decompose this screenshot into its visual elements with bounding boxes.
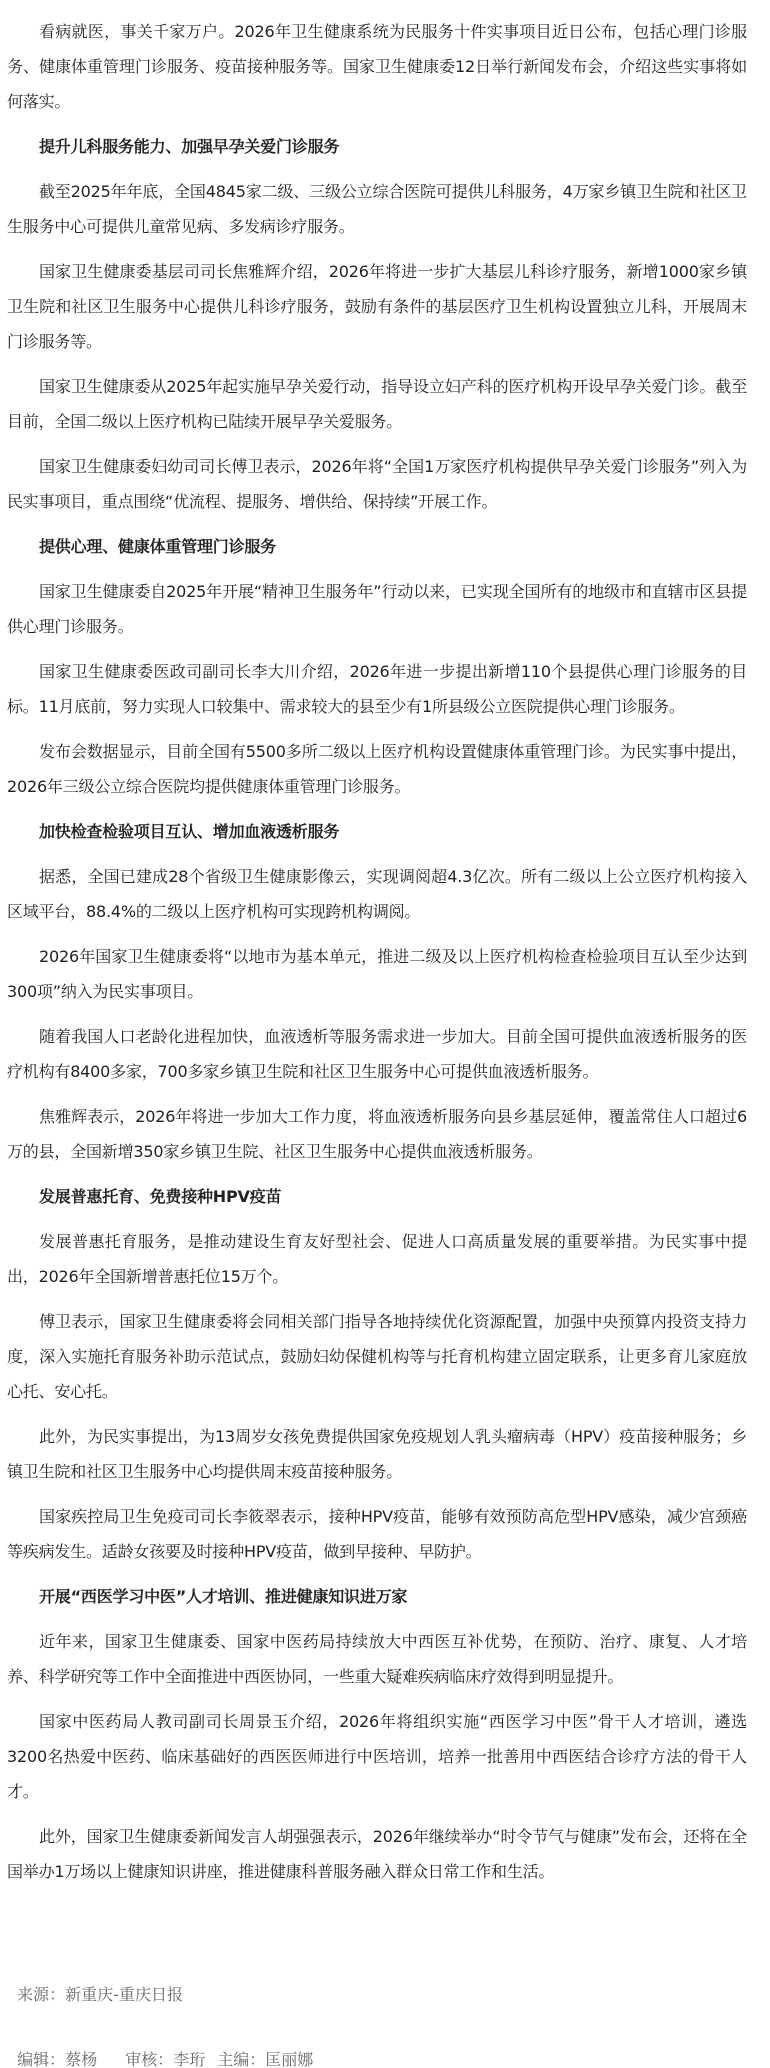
editor-name: 蔡杨	[65, 2049, 97, 2068]
article-paragraph: 国家疾控局卫生免疫司司长李筱翠表示，接种HPV疫苗，能够有效预防高危型HPV感染…	[7, 1499, 747, 1569]
article-paragraph: 随着我国人口老龄化进程加快，血液透析等服务需求进一步加大。目前全国可提供血液透析…	[7, 1019, 747, 1089]
article-paragraph: 国家卫生健康委自2025年开展“精神卫生服务年”行动以来，已实现全国所有的地级市…	[7, 574, 747, 644]
source-label: 来源：	[17, 1985, 65, 2004]
article-paragraph: 国家中医药局人教司副司长周景玉介绍，2026年将组织实施“西医学习中医”骨干人才…	[7, 1704, 747, 1809]
reviewer-label: 审核：	[125, 2049, 173, 2068]
article-paragraph: 近年来，国家卫生健康委、国家中医药局持续放大中西医互补优势，在预防、治疗、康复、…	[7, 1624, 747, 1694]
reviewer-name: 李珩	[173, 2049, 205, 2068]
article-paragraph: 看病就医，事关千家万户。2026年卫生健康系统为民服务十件实事项目近日公布，包括…	[7, 14, 747, 119]
chief-editor-name: 匡丽娜	[265, 2049, 313, 2068]
section-heading: 提升儿科服务能力、加强早孕关爱门诊服务	[7, 129, 747, 164]
section-heading: 提供心理、健康体重管理门诊服务	[7, 529, 747, 564]
article-paragraph: 傅卫表示，国家卫生健康委将会同相关部门指导各地持续优化资源配置，加强中央预算内投…	[7, 1304, 747, 1409]
section-heading: 开展“西医学习中医”人才培训、推进健康知识进万家	[7, 1579, 747, 1614]
article-paragraph: 国家卫生健康委医政司副司长李大川介绍，2026年进一步提出新增110个县提供心理…	[7, 654, 747, 724]
article-paragraph: 国家卫生健康委妇幼司司长傅卫表示，2026年将“全国1万家医疗机构提供早孕关爱门…	[7, 449, 747, 519]
article-paragraph: 发布会数据显示，目前全国有5500多所二级以上医疗机构设置健康体重管理门诊。为民…	[7, 734, 747, 804]
editor-label: 编辑：	[17, 2049, 65, 2068]
article-paragraph: 焦雅辉表示，2026年将进一步加大工作力度，将血液透析服务向县乡基层延伸，覆盖常…	[7, 1099, 747, 1169]
article-paragraph: 发展普惠托育服务，是推动建设生育友好型社会、促进人口高质量发展的重要举措。为民实…	[7, 1224, 747, 1294]
article-credits: 编辑：蔡杨审核：李珩主编：匡丽娜	[7, 2027, 313, 2068]
article-body: 看病就医，事关千家万户。2026年卫生健康系统为民服务十件实事项目近日公布，包括…	[0, 0, 770, 1889]
article-paragraph: 国家卫生健康委从2025年起实施早孕关爱行动，指导设立妇产科的医疗机构开设早孕关…	[7, 369, 747, 439]
article-paragraph: 此外，为民实事提出，为13周岁女孩免费提供国家免疫规划人乳头瘤病毒（HPV）疫苗…	[7, 1419, 747, 1489]
chief-editor-label: 主编：	[217, 2049, 265, 2068]
section-heading: 发展普惠托育、免费接种HPV疫苗	[7, 1179, 747, 1214]
article-source: 来源：新重庆-重庆日报	[7, 1962, 183, 2006]
article-paragraph: 此外，国家卫生健康委新闻发言人胡强强表示，2026年继续举办“时令节气与健康”发…	[7, 1819, 747, 1889]
article-paragraph: 2026年国家卫生健康委将“以地市为基本单元，推进二级及以上医疗机构检查检验项目…	[7, 939, 747, 1009]
article-paragraph: 据悉，全国已建成28个省级卫生健康影像云，实现调阅超4.3亿次。所有二级以上公立…	[7, 859, 747, 929]
source-value: 新重庆-重庆日报	[65, 1985, 183, 2004]
article-paragraph: 截至2025年年底，全国4845家二级、三级公立综合医院可提供儿科服务，4万家乡…	[7, 174, 747, 244]
section-heading: 加快检查检验项目互认、增加血液透析服务	[7, 814, 747, 849]
article-paragraph: 国家卫生健康委基层司司长焦雅辉介绍，2026年将进一步扩大基层儿科诊疗服务，新增…	[7, 254, 747, 359]
